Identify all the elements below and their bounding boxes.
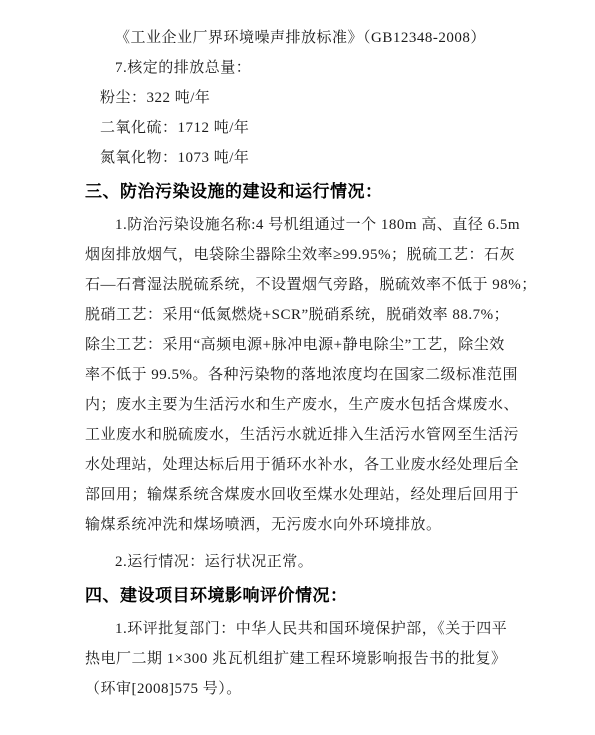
doc-line-eia-approval-number: （环审[2008]575 号）。 [85,674,507,704]
doc-line-nox-total: 氮氧化物：1073 吨/年 [85,143,507,173]
doc-line-denitration: 脱硝工艺：采用“低氮燃烧+SCR”脱硝系统，脱硝效率 88.7%； [85,300,507,330]
doc-line-wastewater-types: 内；废水主要为生活污水和生产废水，生产废水包括含煤废水、 [85,390,507,420]
doc-line-flue-gas: 烟囱排放烟气，电袋除尘器除尘效率≥99.95%；脱硫工艺：石灰 [85,240,507,270]
section-heading-pollution-control-facilities: 三、防治污染设施的建设和运行情况： [85,173,507,210]
doc-line-so2-total: 二氧化硫：1712 吨/年 [85,113,507,143]
doc-line-eia-report-title: 热电厂二期 1×300 兆瓦机组扩建工程环境影响报告书的批复》 [85,644,507,674]
doc-line-dust-total: 粉尘：322 吨/年 [85,83,507,113]
doc-line-eia-approval-dept: 1.环评批复部门：中华人民共和国环境保护部，《关于四平 [85,614,507,644]
doc-line-operation-status: 2.运行情况：运行状况正常。 [85,547,507,577]
doc-line-approved-total-emissions: 7.核定的排放总量： [85,53,507,83]
document-page: 《工业企业厂界环境噪声排放标准》（GB12348-2008） 7.核定的排放总量… [0,0,595,735]
doc-line-treatment-station: 水处理站，处理达标后用于循环水补水，各工业废水经处理后全 [85,450,507,480]
doc-line-industrial-wastewater: 工业废水和脱硫废水，生活污水就近排入生活污水管网至生活污 [85,420,507,450]
doc-line-dust-removal-efficiency: 率不低于 99.5%。各种污染物的落地浓度均在国家二级标准范围 [85,360,507,390]
doc-line-coal-water-recycle: 部回用；输煤系统含煤废水回收至煤水处理站，经处理后回用于 [85,480,507,510]
doc-line-facility-name: 1.防治污染设施名称:4 号机组通过一个 180m 高、直径 6.5m [85,210,507,240]
section-heading-eia-situation: 四、建设项目环境影响评价情况： [85,577,507,614]
doc-line-desulfurization: 石—石膏湿法脱硫系统，不设置烟气旁路，脱硫效率不低于 98%； [85,270,507,300]
doc-line-noise-standard: 《工业企业厂界环境噪声排放标准》（GB12348-2008） [85,23,507,53]
doc-line-no-discharge: 输煤系统冲洗和煤场喷洒，无污废水向外环境排放。 [85,510,507,540]
doc-line-dust-removal-process: 除尘工艺：采用“高频电源+脉冲电源+静电除尘”工艺，除尘效 [85,330,507,360]
